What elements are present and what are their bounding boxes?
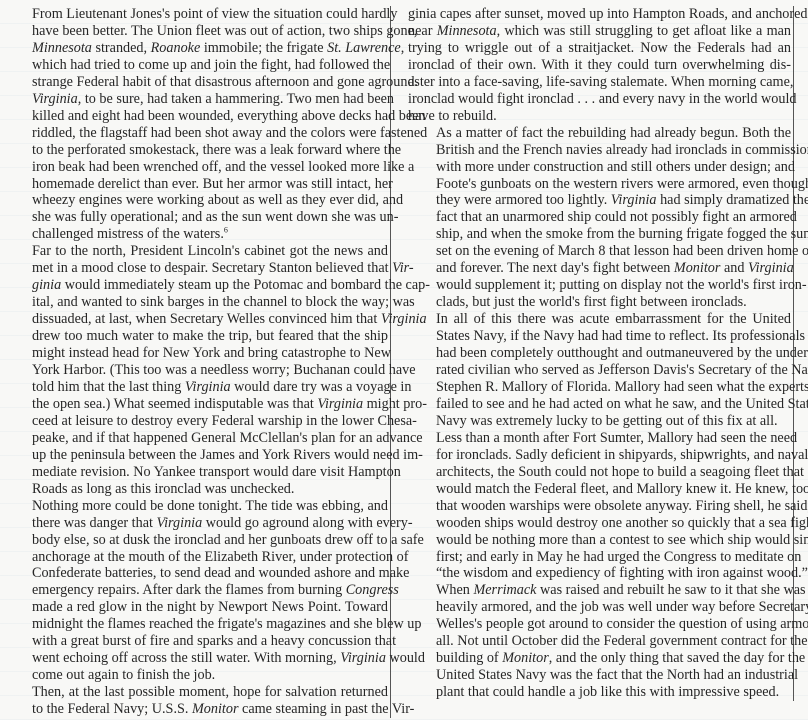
text-line: wheezy engines were working about as wel… [4, 192, 388, 209]
text-line: Foote's gunboats on the western rivers w… [408, 176, 791, 193]
text-line: architects, the South could not hope to … [408, 464, 791, 481]
text-line: for ironclads. Sadly deficient in shipya… [408, 447, 791, 464]
text-line: ironclad would fight ironclad . . . and … [408, 91, 791, 108]
text-line: come out again to finish the job. [4, 667, 388, 684]
scanned-book-page: From Lieutenant Jones's point of view th… [0, 0, 808, 720]
italic-ship-name: Monitor [674, 260, 721, 276]
text-line: would be nothing more than a contest to … [408, 532, 791, 549]
text-line: met in a mood close to despair. Secretar… [4, 260, 388, 277]
text-line: ironclad of their own. With it they coul… [408, 57, 791, 74]
text-line: As a matter of fact the rebuilding had a… [408, 125, 791, 142]
text-line: Far to the north, President Lincoln's ca… [4, 243, 388, 260]
text-line: would supplement it; putting on display … [408, 277, 791, 294]
text-line: went echoing off across the still water.… [4, 650, 388, 667]
text-line: Roads as long as this ironclad was unche… [4, 481, 388, 498]
text-line: they were armored too lightly. Virginia … [408, 192, 791, 209]
text-line: clads, but just the world's first fight … [408, 294, 791, 311]
text-line: with more under construction and still o… [408, 159, 791, 176]
text-line: aster into a face-saving, life-saving st… [408, 74, 791, 91]
text-line: British and the French navies already ha… [408, 142, 791, 159]
text-line: Nothing more could be done tonight. The … [4, 498, 388, 515]
text-line: Less than a month after Fort Sumter, Mal… [408, 430, 791, 447]
text-line: In all of this there was acute embarrass… [408, 311, 791, 328]
italic-ship-name: Virginia [317, 396, 363, 412]
text-line: with a great burst of fire and sparks an… [4, 633, 388, 650]
italic-ship-name: Merrimack [473, 582, 536, 598]
text-line: that wooden warships were obsolete anywa… [408, 498, 791, 515]
italic-ship-name: Monitor [502, 650, 549, 666]
text-line: homemade derelict than ever. But her arm… [4, 176, 388, 193]
text-line: killed and eight had been wounded, every… [4, 108, 388, 125]
paragraph: Nothing more could be done tonight. The … [4, 498, 388, 684]
italic-ship-name: Minnesota [32, 40, 92, 56]
italic-ship-name: ginia [32, 277, 61, 293]
italic-ship-name: Monitor [192, 701, 239, 717]
text-line: dissuaded, at last, when Secretary Welle… [4, 311, 388, 328]
text-line: the open sea.) What seemed indisputable … [4, 396, 388, 413]
text-line: first; and early in May he had urged the… [408, 549, 791, 566]
text-line: would match the Federal fleet, and Mallo… [408, 481, 791, 498]
text-line: Minnesota stranded, Roanoke immobile; th… [4, 40, 388, 57]
paragraph: In all of this there was acute embarrass… [408, 311, 791, 430]
text-line: United States Navy was the fact that the… [408, 667, 791, 684]
paragraph: Far to the north, President Lincoln's ca… [4, 243, 388, 497]
text-line: ital, and wanted to sink barges in the c… [4, 294, 388, 311]
text-line: there was danger that Virginia would go … [4, 515, 388, 532]
text-line: set on the evening of March 8 that lesso… [408, 243, 791, 260]
italic-ship-name: Virginia [156, 515, 202, 531]
paragraph: ginia capes after sunset, moved up into … [408, 6, 791, 125]
paragraph: As a matter of fact the rebuilding had a… [408, 125, 791, 311]
text-line: heavily armored, and the job was well un… [408, 599, 791, 616]
italic-ship-name: Congress [346, 582, 399, 598]
text-line: ceed at leisure to destroy every Federal… [4, 413, 388, 430]
text-line: Stephen R. Mallory of Florida. Mallory h… [408, 379, 791, 396]
text-line: Navy was extremely lucky to be getting o… [408, 413, 791, 430]
italic-ship-name: Virginia [340, 650, 386, 666]
text-line: which had tried to come up and join the … [4, 57, 388, 74]
italic-ship-name: Virginia [611, 192, 657, 208]
text-line: had been completely outthought and outma… [408, 345, 791, 362]
text-line: challenged mistress of the waters.6 [4, 226, 388, 243]
text-line: mediate revision. No Yankee transport wo… [4, 464, 388, 481]
text-line: near Minnesota, which was still struggli… [408, 23, 791, 40]
footnote-marker: 6 [224, 226, 228, 235]
text-line: emergency repairs. After dark the flames… [4, 582, 388, 599]
text-line: “the wisdom and expediency of fighting w… [408, 565, 791, 582]
text-line: iron beak had been wrenched off, and the… [4, 159, 388, 176]
text-line: Then, at the last possible moment, hope … [4, 684, 388, 701]
text-line: and forever. The next day's fight betwee… [408, 260, 791, 277]
text-line: have to rebuild. [408, 108, 791, 125]
text-line: body else, so at dusk the ironclad and h… [4, 532, 388, 549]
text-line: made a red glow in the night by Newport … [4, 599, 388, 616]
text-line: When Merrimack was raised and rebuilt he… [408, 582, 791, 599]
text-line: ship, and when the smoke from the burnin… [408, 226, 791, 243]
text-line: up the peninsula between the James and Y… [4, 447, 388, 464]
text-line: ginia capes after sunset, moved up into … [408, 6, 791, 23]
text-line: told him that the last thing Virginia wo… [4, 379, 388, 396]
text-line: building of Monitor, and the only thing … [408, 650, 791, 667]
text-line: Welles's people got around to consider t… [408, 616, 791, 633]
right-text-column: ginia capes after sunset, moved up into … [408, 6, 794, 701]
text-line: might instead head for New York and brin… [4, 345, 388, 362]
italic-ship-name: Minnesota [437, 23, 497, 39]
italic-ship-name: Virginia [748, 260, 794, 276]
text-line: to the Federal Navy; U.S.S. Monitor came… [4, 701, 388, 718]
text-line: riddled, the flagstaff had been shot awa… [4, 125, 388, 142]
italic-ship-name: Virginia [32, 91, 78, 107]
text-line: all. Not until October did the Federal g… [408, 633, 791, 650]
paragraph: Less than a month after Fort Sumter, Mal… [408, 430, 791, 701]
text-line: ginia would immediately steam up the Pot… [4, 277, 388, 294]
italic-ship-name: Virginia [185, 379, 231, 395]
text-line: failed to see and he had acted on what h… [408, 396, 791, 413]
italic-ship-name: Roanoke [151, 40, 201, 56]
text-line: Virginia, to be sure, had taken a hammer… [4, 91, 388, 108]
text-line: Confederate batteries, to send dead and … [4, 565, 388, 582]
italic-ship-name: St. Lawrence [327, 40, 401, 56]
paragraph: From Lieutenant Jones's point of view th… [4, 6, 388, 243]
text-line: to the perforated smokestack, there was … [4, 142, 388, 159]
text-line: have been better. The Union fleet was ou… [4, 23, 388, 40]
text-line: From Lieutenant Jones's point of view th… [4, 6, 388, 23]
paragraph: Then, at the last possible moment, hope … [4, 684, 388, 718]
text-line: strange Federal habit of that disastrous… [4, 74, 388, 91]
text-line: midnight the flames reached the frigate'… [4, 616, 388, 633]
text-line: plant that could handle a job like this … [408, 684, 791, 701]
left-text-column: From Lieutenant Jones's point of view th… [4, 6, 391, 718]
text-line: fact that an unarmored ship could not po… [408, 209, 791, 226]
text-line: she was fully operational; and as the su… [4, 209, 388, 226]
text-line: rated civilian who served as Jefferson D… [408, 362, 791, 379]
text-line: States Navy, if the Navy had had time to… [408, 328, 791, 345]
text-line: anchorage at the mouth of the Elizabeth … [4, 549, 388, 566]
text-line: trying to wriggle out of a straitjacket.… [408, 40, 791, 57]
text-line: wooden ships would destroy one another s… [408, 515, 791, 532]
text-line: York Harbor. (This too was a needless wo… [4, 362, 388, 379]
text-line: drew too much water to make the trip, bu… [4, 328, 388, 345]
text-line: peake, and if that happened General McCl… [4, 430, 388, 447]
